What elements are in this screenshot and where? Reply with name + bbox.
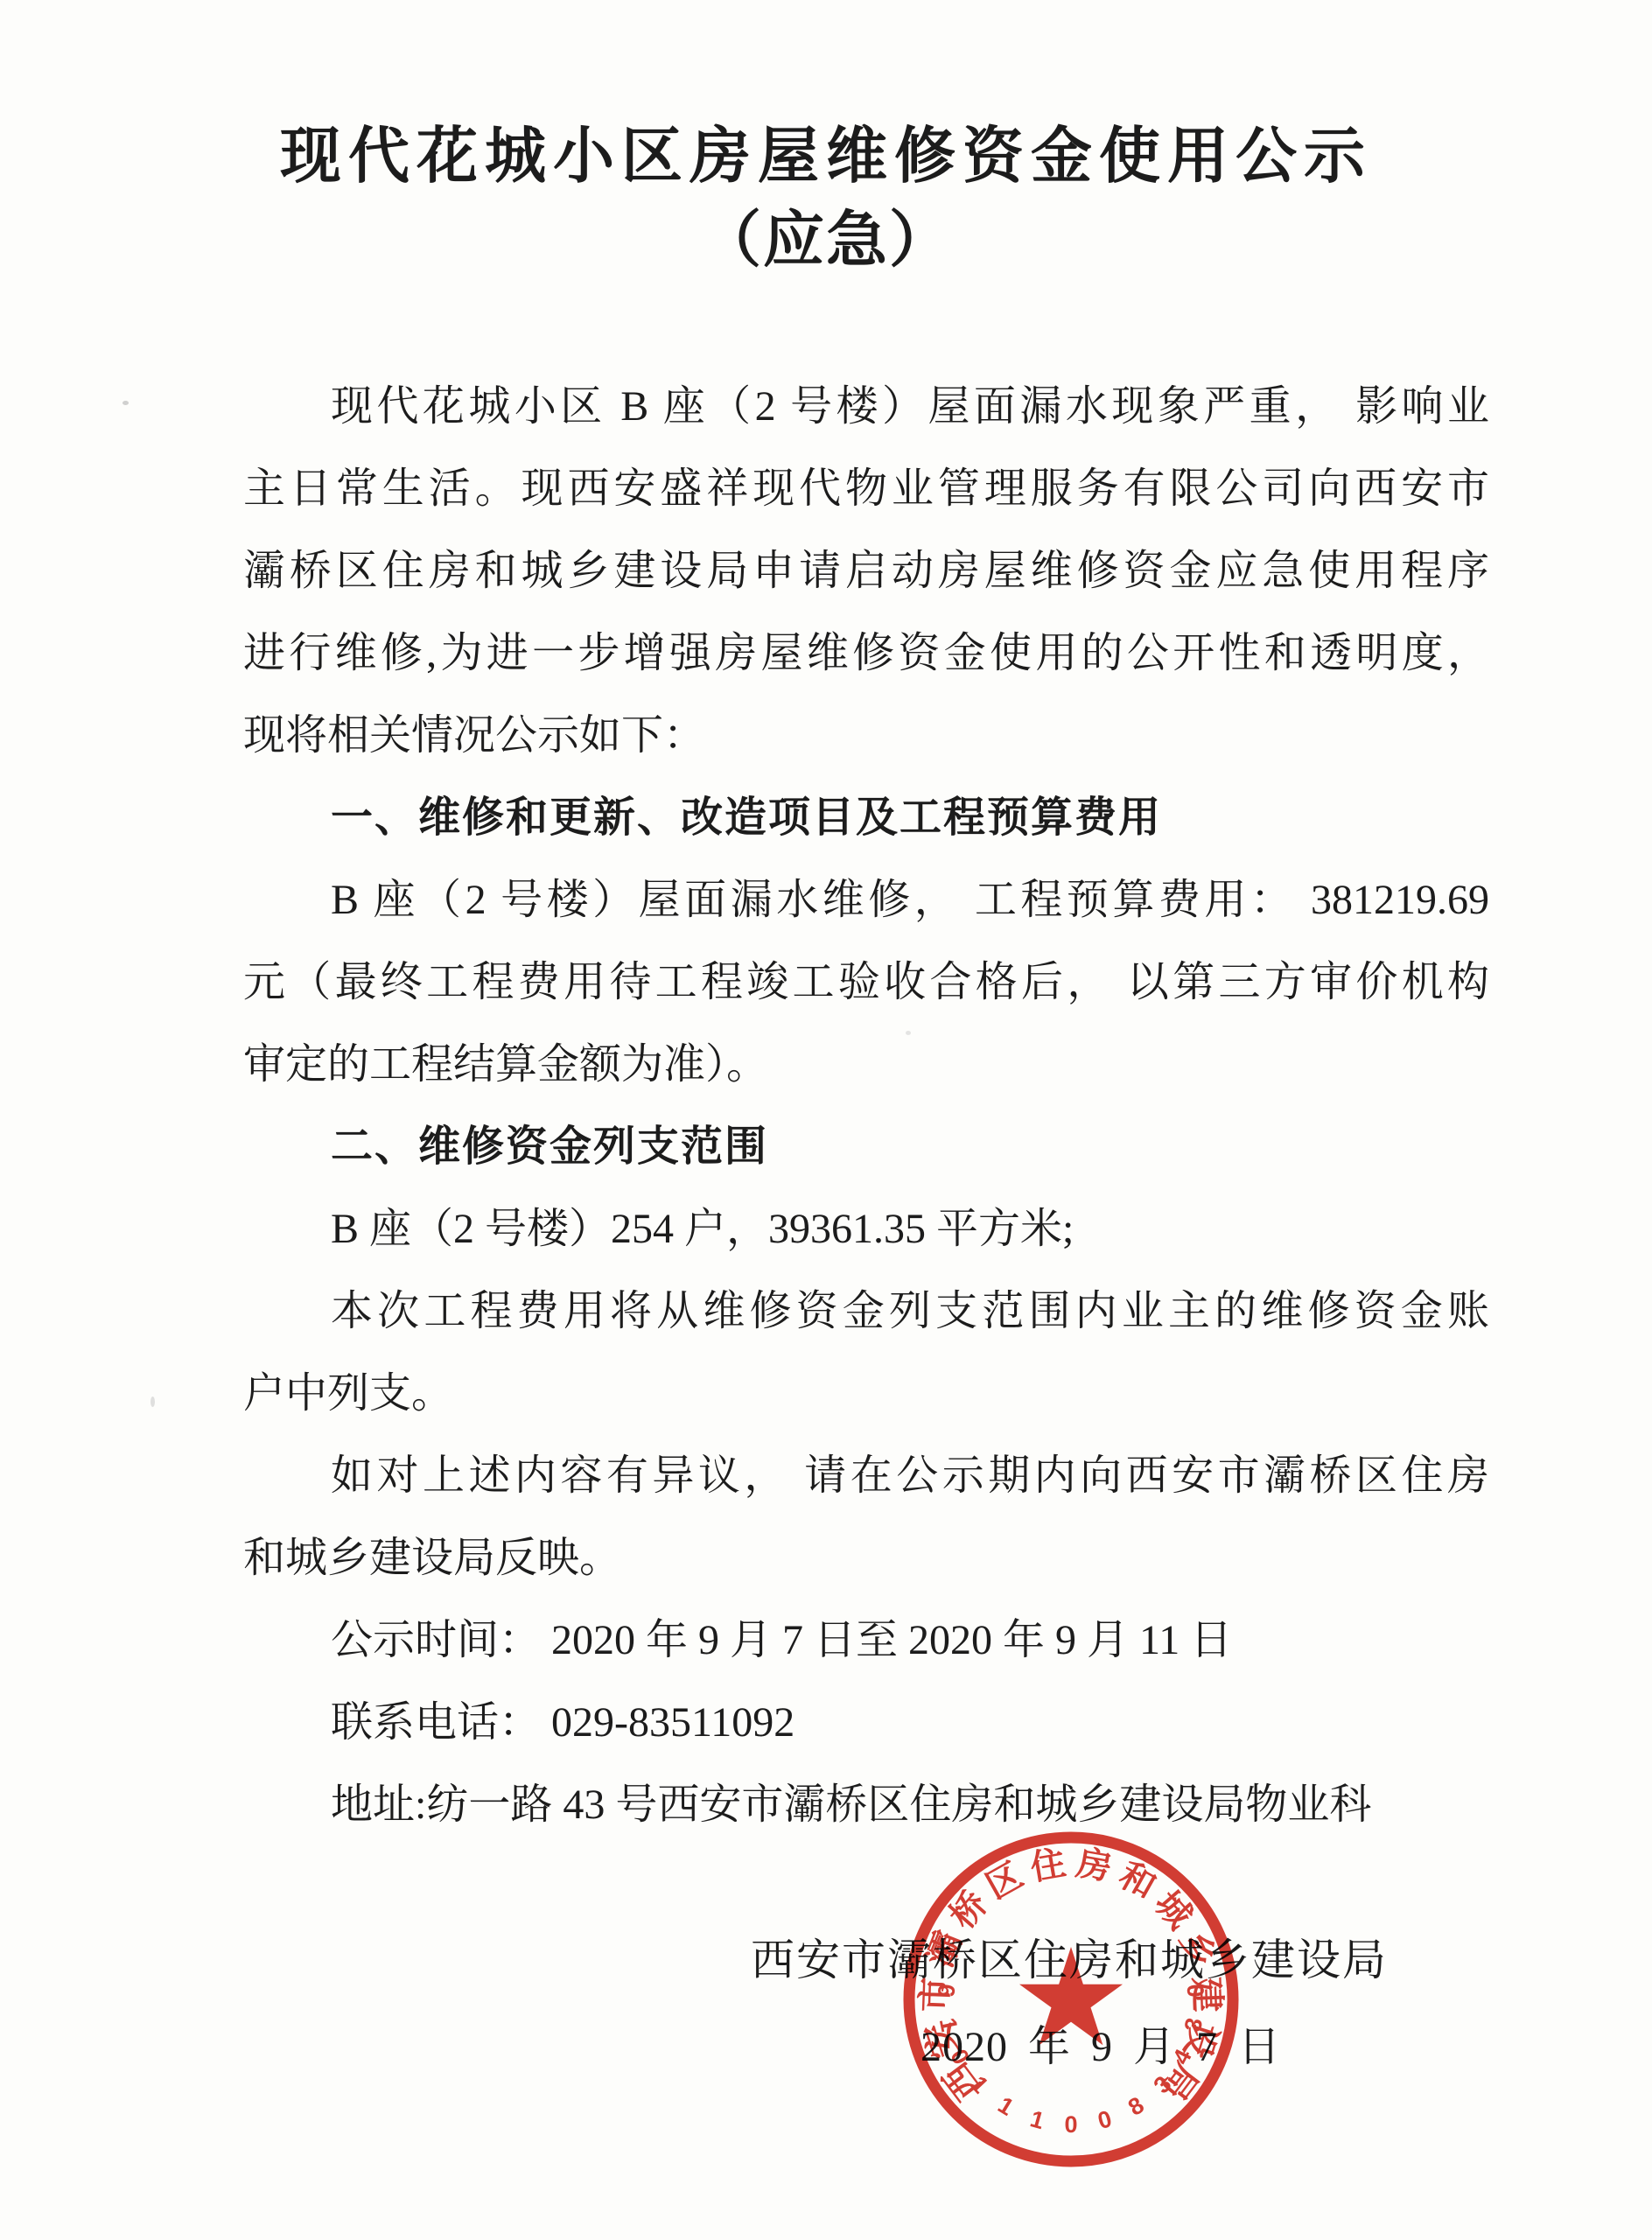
svg-text:房: 房 bbox=[1073, 1843, 1115, 1887]
scan-speck bbox=[122, 401, 129, 405]
body-line: 元（最终工程费用待工程竣工验收合格后， 以第三方审价机构 bbox=[243, 941, 1489, 1024]
scan-speck bbox=[906, 1031, 911, 1035]
svg-text:0: 0 bbox=[1095, 2105, 1115, 2134]
body-line: 和城乡建设局反映。 bbox=[243, 1517, 1489, 1599]
body-line: 户中列支。 bbox=[243, 1353, 1489, 1435]
body-line: 现代花城小区 B 座（2 号楼）屋面漏水现象严重， 影响业 bbox=[243, 366, 1489, 448]
body-line: B 座（2 号楼）254 户，39361.35 平方米; bbox=[243, 1188, 1489, 1270]
body-line: 灞桥区住房和城乡建设局申请启动房屋维修资金应急使用程序 bbox=[243, 530, 1489, 612]
svg-text:3: 3 bbox=[1148, 2071, 1176, 2098]
notice-body: 现代花城小区 B 座（2 号楼）屋面漏水现象严重， 影响业主日常生活。现西安盛祥… bbox=[243, 366, 1489, 1846]
svg-text:1: 1 bbox=[993, 2091, 1018, 2120]
page-subtitle: （应急） bbox=[0, 191, 1652, 279]
issuer-signature: 西安市灞桥区住房和城乡建设局 bbox=[751, 1925, 1388, 1988]
stamp-ring bbox=[909, 1837, 1233, 2161]
page-title: 现代花城小区房屋维修资金使用公示 bbox=[0, 107, 1652, 195]
stamp-svg: 西安市灞桥区住房和城乡建设局 6101110083430 bbox=[887, 1816, 1255, 2183]
svg-text:8: 8 bbox=[1123, 2091, 1148, 2120]
svg-text:区: 区 bbox=[979, 1855, 1029, 1907]
body-line: 本次工程费用将从维修资金列支范围内业主的维修资金账 bbox=[243, 1270, 1489, 1353]
issue-date: 2020 年 9 月 7 日 bbox=[920, 2012, 1281, 2073]
body-line: 地址:纺一路 43 号西安市灞桥区住房和城乡建设局物业科 bbox=[243, 1764, 1489, 1846]
svg-text:1: 1 bbox=[1027, 2105, 1047, 2134]
official-stamp: 西安市灞桥区住房和城乡建设局 6101110083430 bbox=[887, 1816, 1255, 2183]
body-line: 主日常生活。现西安盛祥现代物业管理服务有限公司向西安市 bbox=[243, 448, 1489, 530]
body-line: 公示时间： 2020 年 9 月 7 日至 2020 年 9 月 11 日 bbox=[243, 1599, 1489, 1682]
body-line: 二、维修资金列支范围 bbox=[243, 1106, 1489, 1188]
body-line: 如对上述内容有异议， 请在公示期内向西安市灞桥区住房 bbox=[243, 1435, 1489, 1517]
svg-text:0: 0 bbox=[1064, 2111, 1077, 2138]
body-line: 进行维修,为进一步增强房屋维修资金使用的公开性和透明度， bbox=[243, 612, 1489, 695]
body-line: 一、维修和更新、改造项目及工程预算费用 bbox=[243, 777, 1489, 859]
body-line: 审定的工程结算金额为准）。 bbox=[243, 1024, 1489, 1106]
svg-text:住: 住 bbox=[1027, 1843, 1068, 1887]
body-line: 现将相关情况公示如下： bbox=[243, 695, 1489, 777]
svg-text:和: 和 bbox=[1113, 1855, 1163, 1907]
scanned-notice-page: 现代花城小区房屋维修资金使用公示 （应急） 现代花城小区 B 座（2 号楼）屋面… bbox=[0, 0, 1652, 2240]
body-line: 联系电话： 029-83511092 bbox=[243, 1682, 1489, 1764]
svg-text:1: 1 bbox=[965, 2071, 993, 2098]
scan-speck bbox=[150, 1396, 155, 1407]
body-line: B 座（2 号楼）屋面漏水维修， 工程预算费用： 381219.69 bbox=[243, 859, 1489, 941]
